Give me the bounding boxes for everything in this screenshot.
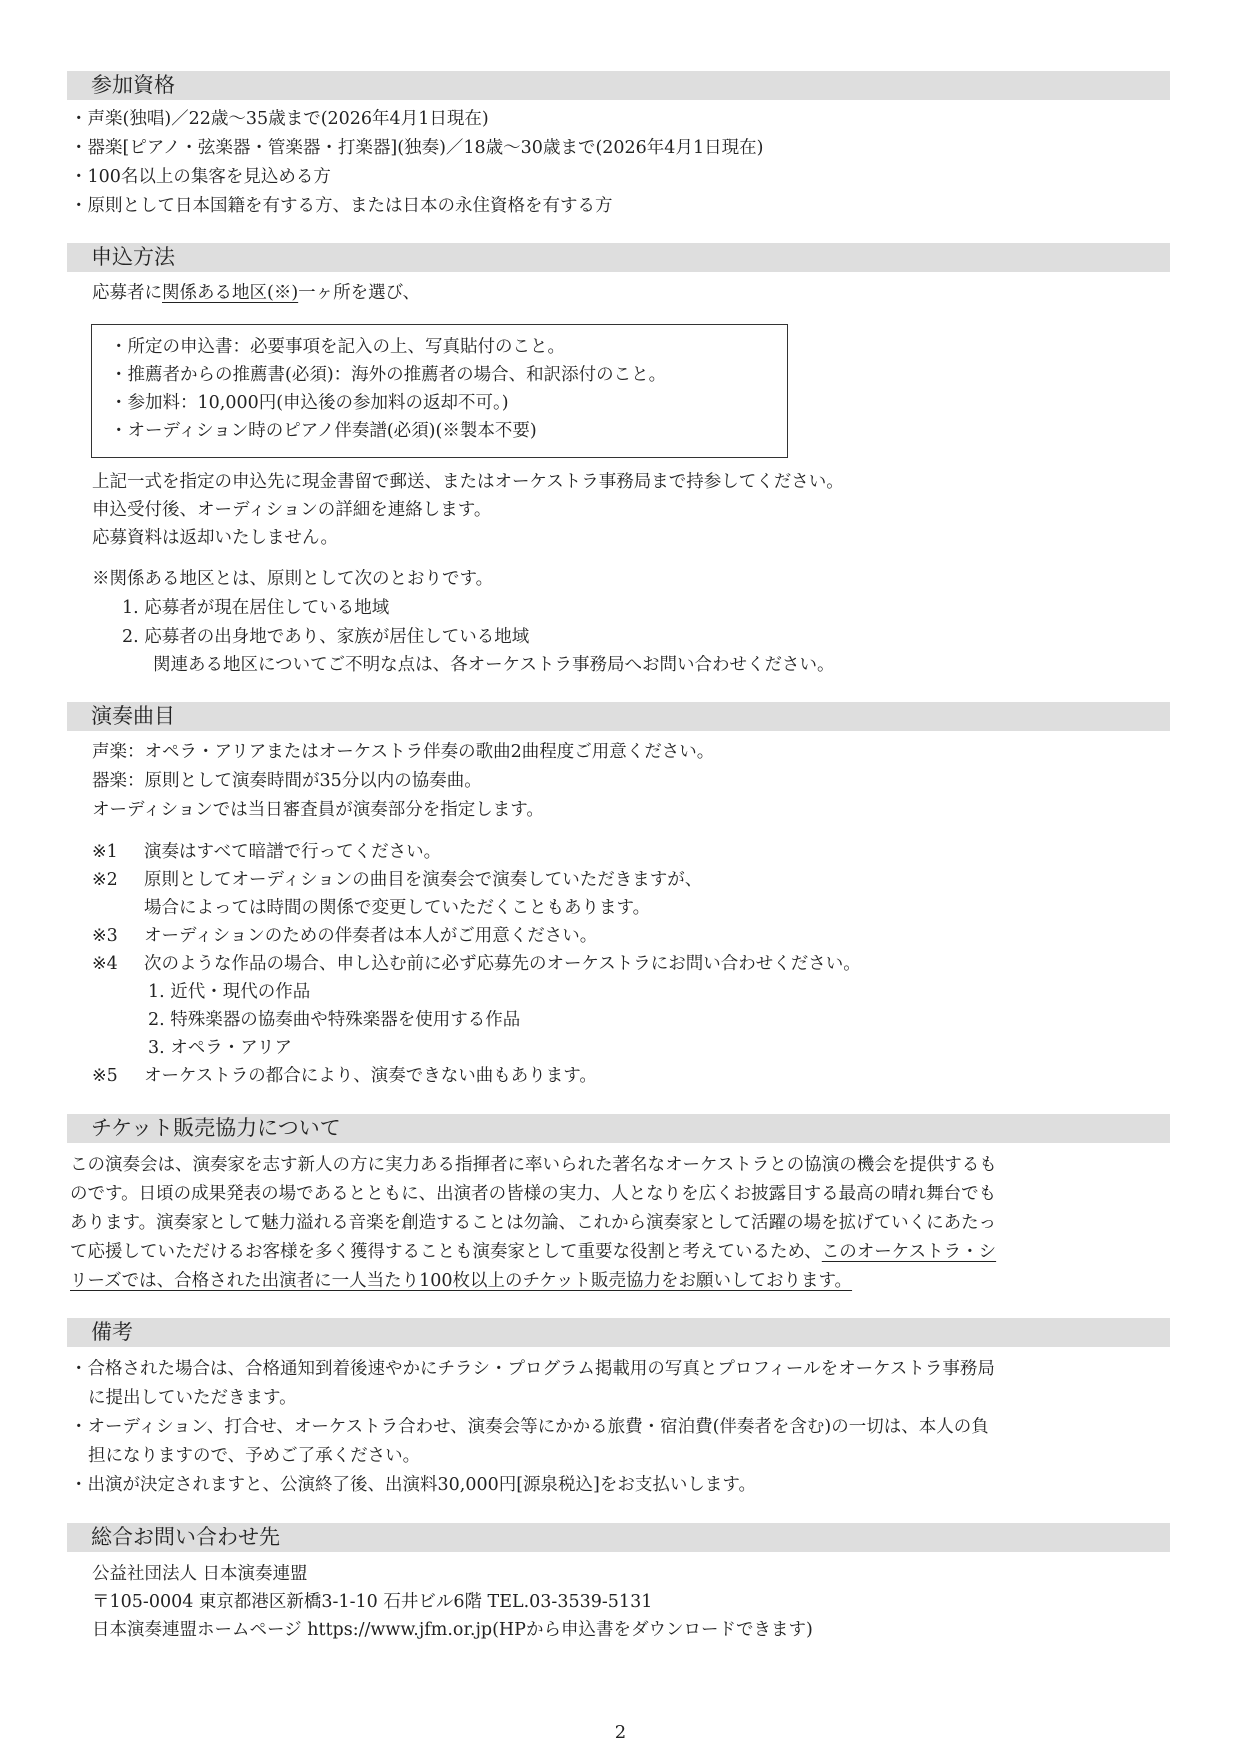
remarks-line: ・合格された場合は、合格通知到着後速やかにチラシ・プログラム掲載用の写真とプロフ… xyxy=(70,1358,995,1380)
website-url-link[interactable]: https://www.jfm.or.jp xyxy=(307,1620,492,1640)
repertoire-note-mark: ※4 xyxy=(92,953,118,975)
application-instruction: 申込受付後、オーディションの詳細を連絡します。 xyxy=(92,499,491,521)
required-document-item: ・推薦者からの推薦書(必須)：海外の推薦者の場合、和訳添付のこと。 xyxy=(110,364,666,386)
tickets-paragraph-line: あります。演奏家として魅力溢れる音楽を創造することは勿論、これから演奏家として活… xyxy=(70,1212,996,1234)
section-header-repertoire: 演奏曲目 xyxy=(67,702,1170,731)
repertoire-line: 声楽：オペラ・アリアまたはオーケストラ伴奏の歌曲2曲程度ご用意ください。 xyxy=(92,741,714,763)
required-document-item: ・参加料：10,000円(申込後の参加料の返却不可。) xyxy=(110,392,509,414)
district-note-item: 2. 応募者の出身地であり、家族が居住している地域 xyxy=(122,626,529,648)
eligibility-item: ・原則として日本国籍を有する方、または日本の永住資格を有する方 xyxy=(70,195,613,217)
contact-website: 日本演奏連盟ホームページ https://www.jfm.or.jp(HPから申… xyxy=(92,1619,813,1641)
section-header-remarks: 備考 xyxy=(67,1318,1170,1347)
ticket-quota-emphasis: リーズでは、合格された出演者に一人当たり100枚以上のチケット販売協力をお願いし… xyxy=(70,1270,852,1292)
repertoire-line: オーディションでは当日審査員が演奏部分を指定します。 xyxy=(92,799,544,821)
tickets-paragraph-line: のです。日頃の成果発表の場であるとともに、出演者の皆様の実力、人となりを広くお披… xyxy=(70,1183,996,1205)
section-header-eligibility: 参加資格 xyxy=(67,71,1170,100)
section-header-tickets: チケット販売協力について xyxy=(67,1114,1170,1143)
application-instruction: 上記一式を指定の申込先に現金書留で郵送、またはオーケストラ事務局まで持参してくだ… xyxy=(92,471,844,493)
repertoire-note4-item: 3. オペラ・アリア xyxy=(148,1037,292,1059)
intro-prefix: 応募者に xyxy=(92,283,162,303)
remarks-line: に提出していただきます。 xyxy=(88,1387,297,1409)
district-note-title: ※関係ある地区とは、原則として次のとおりです。 xyxy=(92,568,493,590)
remarks-line: 担になりますので、予めご了承ください。 xyxy=(88,1445,420,1467)
repertoire-note4-item: 2. 特殊楽器の協奏曲や特殊楽器を使用する作品 xyxy=(148,1009,520,1031)
section-header-application: 申込方法 xyxy=(67,243,1170,272)
eligibility-item: ・声楽(独唱)／22歳～35歳まで(2026年4月1日現在) xyxy=(70,108,489,130)
district-note-footer: 関連ある地区についてご不明な点は、各オーケストラ事務局へお問い合わせください。 xyxy=(153,654,834,676)
tickets-line-plain: て応援していただけるお客様を多く獲得することも演奏家として重要な役割と考えている… xyxy=(70,1242,822,1262)
repertoire-note-text: 原則としてオーディションの曲目を演奏会で演奏していただきますが、 xyxy=(144,869,702,891)
website-note: (HPから申込書をダウンロードできます) xyxy=(492,1620,813,1640)
contact-organization: 公益社団法人 日本演奏連盟 xyxy=(92,1563,308,1585)
repertoire-note-mark: ※1 xyxy=(92,841,118,863)
eligibility-item: ・器楽[ピアノ・弦楽器・管楽器・打楽器](独奏)／18歳～30歳まで(2026年… xyxy=(70,137,763,159)
remarks-line: ・出演が決定されますと、公演終了後、出演料30,000円[源泉税込]をお支払いし… xyxy=(70,1474,756,1496)
related-district-reference: 関係ある地区(※) xyxy=(162,283,298,303)
application-intro: 応募者に関係ある地区(※)一ヶ所を選び、 xyxy=(92,282,420,304)
document-page: 参加資格 ・声楽(独唱)／22歳～35歳まで(2026年4月1日現在) ・器楽[… xyxy=(0,0,1241,1754)
repertoire-note-text: オーディションのための伴奏者は本人がご用意ください。 xyxy=(144,925,597,947)
required-document-item: ・所定の申込書：必要事項を記入の上、写真貼付のこと。 xyxy=(110,336,565,358)
required-document-item: ・オーディション時のピアノ伴奏譜(必須)(※製本不要) xyxy=(110,420,537,442)
repertoire-note-text: 演奏はすべて暗譜で行ってください。 xyxy=(144,841,441,863)
repertoire-note-mark: ※5 xyxy=(92,1065,118,1087)
contact-address: 〒105-0004 東京都港区新橋3-1-10 石井ビル6階 TEL.03-35… xyxy=(92,1591,652,1613)
website-label: 日本演奏連盟ホームページ xyxy=(92,1620,307,1640)
tickets-paragraph-line: て応援していただけるお客様を多く獲得することも演奏家として重要な役割と考えている… xyxy=(70,1241,996,1263)
repertoire-note-continuation: 場合によっては時間の関係で変更していただくこともあります。 xyxy=(144,897,650,919)
repertoire-note-text: オーケストラの都合により、演奏できない曲もあります。 xyxy=(144,1065,597,1087)
ticket-quota-emphasis: このオーケストラ・シ xyxy=(822,1242,996,1262)
repertoire-note-text: 次のような作品の場合、申し込む前に必ず応募先のオーケストラにお問い合わせください… xyxy=(144,953,861,975)
repertoire-note-mark: ※2 xyxy=(92,869,118,891)
district-note-item: 1. 応募者が現在居住している地域 xyxy=(122,597,389,619)
section-header-contact: 総合お問い合わせ先 xyxy=(67,1523,1170,1552)
page-number: 2 xyxy=(0,1722,1241,1743)
remarks-line: ・オーディション、打合せ、オーケストラ合わせ、演奏会等にかかる旅費・宿泊費(伴奏… xyxy=(70,1416,989,1438)
repertoire-line: 器楽：原則として演奏時間が35分以内の協奏曲。 xyxy=(92,770,482,792)
tickets-paragraph-line: この演奏会は、演奏家を志す新人の方に実力ある指揮者に率いられた著名なオーケストラ… xyxy=(70,1154,997,1176)
eligibility-item: ・100名以上の集客を見込める方 xyxy=(70,166,331,188)
repertoire-note4-item: 1. 近代・現代の作品 xyxy=(148,981,310,1003)
intro-suffix: 一ヶ所を選び、 xyxy=(298,283,420,303)
repertoire-note-mark: ※3 xyxy=(92,925,118,947)
application-instruction: 応募資料は返却いたしません。 xyxy=(92,527,338,549)
